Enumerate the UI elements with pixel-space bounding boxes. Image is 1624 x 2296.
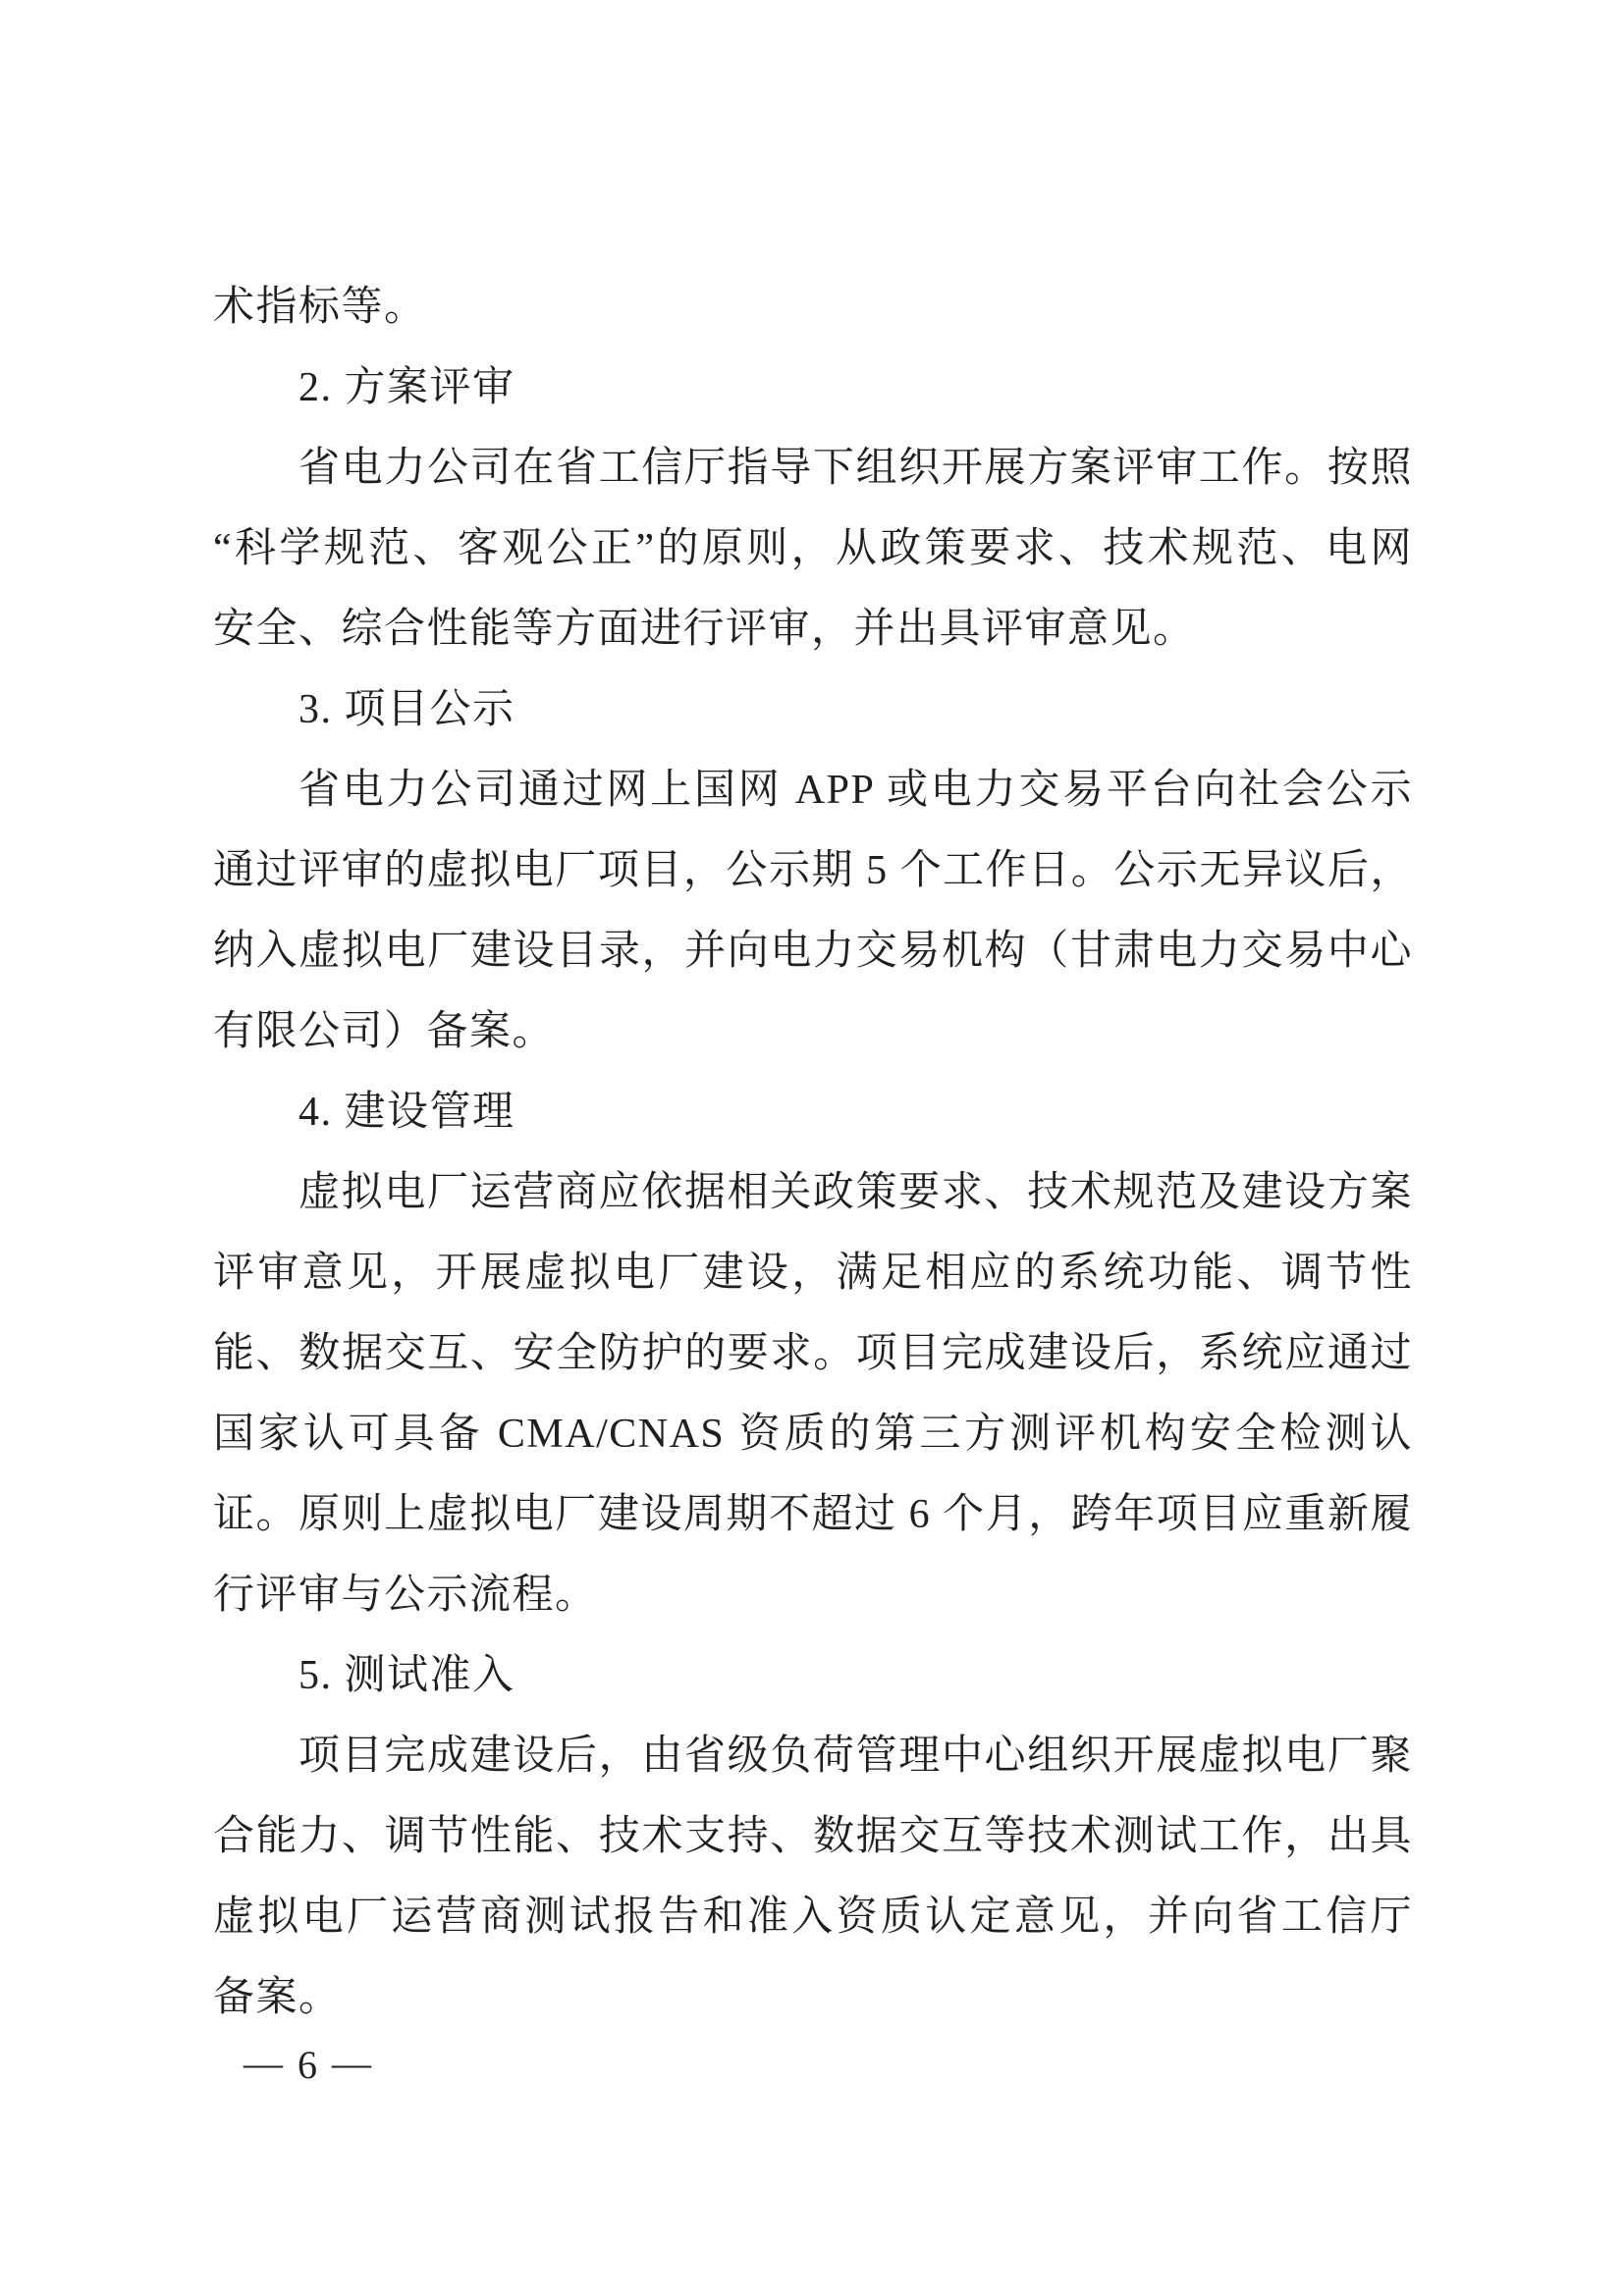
text-line: 证。原则上虚拟电厂建设周期不超过 6 个月，跨年项目应重新履 (213, 1474, 1413, 1555)
page-footer: — 6 — (244, 2042, 371, 2088)
footer-dash-right: — (332, 2040, 371, 2086)
text-line: 评审意见，开展虚拟电厂建设，满足相应的系统功能、调节性 (213, 1233, 1413, 1313)
document-body: 术指标等。2. 方案评审省电力公司在省工信厅指导下组织开展方案评审工作。按照“科… (213, 267, 1413, 2038)
text-line: 术指标等。 (213, 267, 1413, 347)
text-line: 3. 项目公示 (213, 669, 1413, 750)
text-line: 备案。 (213, 1957, 1413, 2038)
text-line: 项目完成建设后，由省级负荷管理中心组织开展虚拟电厂聚 (213, 1716, 1413, 1796)
text-line: 纳入虚拟电厂建设目录，并向电力交易机构（甘肃电力交易中心 (213, 911, 1413, 991)
text-line: 5. 测试准入 (213, 1635, 1413, 1716)
text-line: 能、数据交互、安全防护的要求。项目完成建设后，系统应通过 (213, 1313, 1413, 1394)
footer-dash-left: — (244, 2040, 283, 2086)
text-line: 通过评审的虚拟电厂项目，公示期 5 个工作日。公示无异议后， (213, 830, 1413, 911)
text-line: 行评审与公示流程。 (213, 1555, 1413, 1635)
text-line: 4. 建设管理 (213, 1072, 1413, 1152)
document-page: 术指标等。2. 方案评审省电力公司在省工信厅指导下组织开展方案评审工作。按照“科… (0, 0, 1624, 2296)
text-line: 有限公司）备案。 (213, 991, 1413, 1072)
text-line: 安全、综合性能等方面进行评审，并出具评审意见。 (213, 589, 1413, 669)
text-line: 合能力、调节性能、技术支持、数据交互等技术测试工作，出具 (213, 1796, 1413, 1877)
text-line: “科学规范、客观公正”的原则，从政策要求、技术规范、电网 (213, 508, 1413, 589)
text-line: 虚拟电厂运营商测试报告和准入资质认定意见，并向省工信厅 (213, 1877, 1413, 1957)
text-line: 省电力公司在省工信厅指导下组织开展方案评审工作。按照 (213, 428, 1413, 508)
text-line: 省电力公司通过网上国网 APP 或电力交易平台向社会公示 (213, 750, 1413, 830)
text-line: 虚拟电厂运营商应依据相关政策要求、技术规范及建设方案 (213, 1152, 1413, 1233)
text-line: 2. 方案评审 (213, 347, 1413, 428)
footer-page-number: 6 (298, 2042, 317, 2088)
text-line: 国家认可具备 CMA/CNAS 资质的第三方测评机构安全检测认 (213, 1394, 1413, 1474)
